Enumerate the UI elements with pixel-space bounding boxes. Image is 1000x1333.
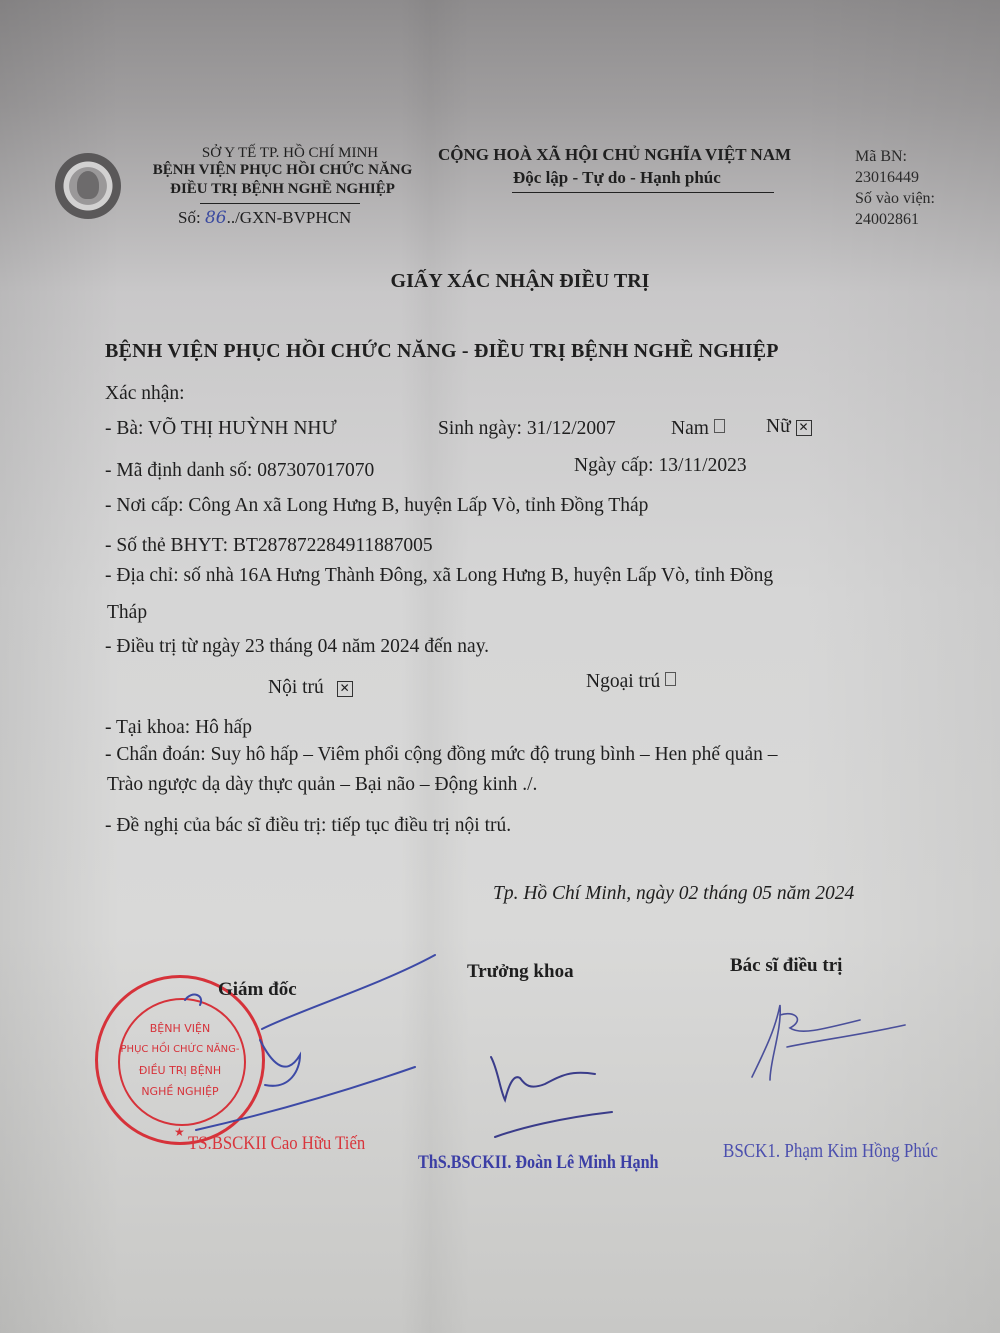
director-name: TS.BSCKII Cao Hữu Tiến — [188, 1133, 365, 1155]
head-of-department-name: ThS.BSCKII. Đoàn Lê Minh Hạnh — [418, 1152, 659, 1174]
handwritten-signatures — [0, 0, 1000, 1333]
attending-doctor-name: BSCK1. Phạm Kim Hồng Phúc — [723, 1140, 938, 1163]
